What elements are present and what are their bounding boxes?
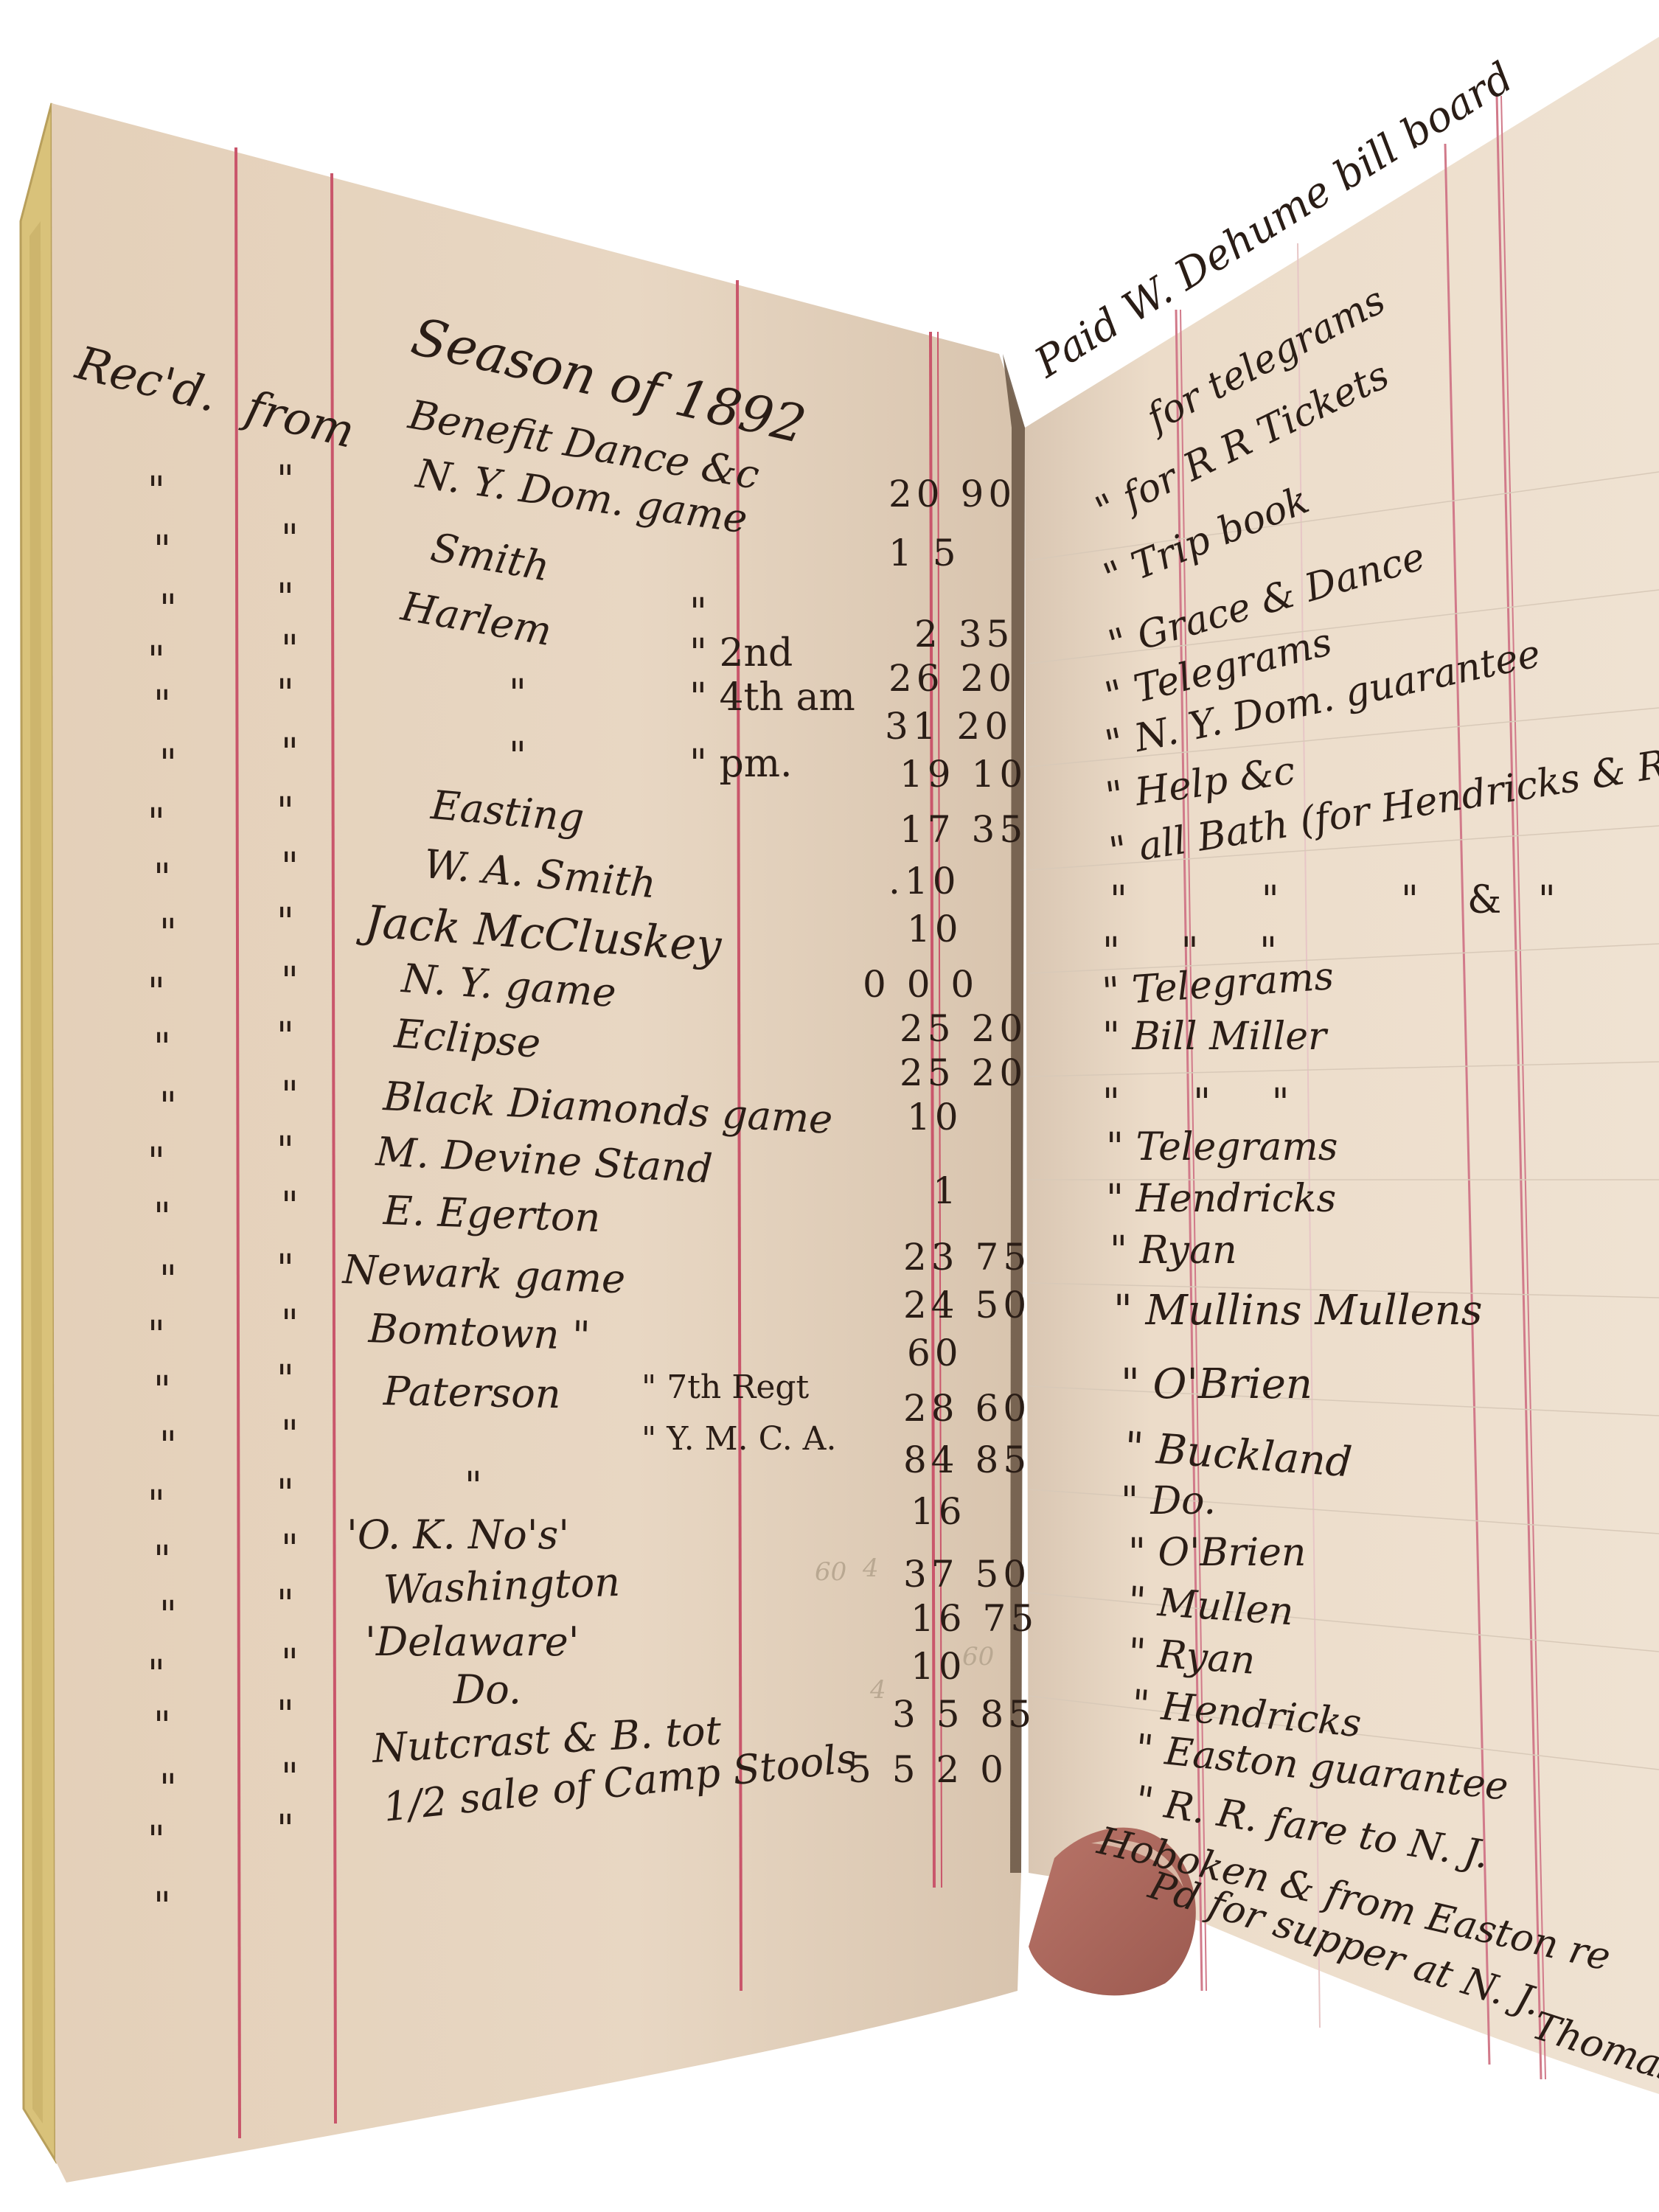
entry-note: " 4th am bbox=[689, 678, 855, 717]
ditto-mark: " bbox=[281, 1644, 299, 1683]
entry-note: " pm. bbox=[689, 745, 793, 783]
ditto-mark: " bbox=[153, 1371, 171, 1410]
entry-description: 'Delaware' bbox=[365, 1622, 580, 1662]
entry-amount: 28 60 bbox=[903, 1390, 1031, 1427]
entry-note: " Y. M. C. A. bbox=[641, 1423, 836, 1455]
entry-description: E. Egerton bbox=[383, 1191, 601, 1238]
right-entry: " Telegrams bbox=[1106, 1128, 1338, 1166]
entry-amount: 2 35 bbox=[914, 616, 1014, 653]
ditto-mark: " bbox=[159, 1596, 177, 1635]
entry-note: " 2nd bbox=[689, 634, 793, 672]
entry-description: " bbox=[465, 1467, 482, 1506]
entry-amount: 1 5 bbox=[888, 535, 961, 571]
ditto-mark: " bbox=[147, 973, 165, 1012]
entry-description: Newark game bbox=[342, 1250, 626, 1299]
ditto-mark: " bbox=[281, 734, 299, 772]
right-entry: " Ryan bbox=[1110, 1231, 1237, 1270]
ledger-photo: Season of 1892 Rec'd. from Benefit Dance… bbox=[0, 0, 1659, 2212]
entry-amount: 10 bbox=[907, 1099, 963, 1135]
entry-amount: 37 50 bbox=[903, 1556, 1031, 1593]
entry-amount: 24 50 bbox=[903, 1287, 1031, 1324]
ditto-mark: " bbox=[159, 1770, 177, 1808]
entry-description: Bomtown " bbox=[368, 1309, 591, 1356]
entry-description: 'O. K. No's' bbox=[347, 1515, 569, 1555]
entry-description: " bbox=[509, 675, 526, 713]
entry-amount: 19 10 bbox=[900, 756, 1027, 793]
ditto-mark: " bbox=[159, 1088, 177, 1126]
ditto-mark: " bbox=[281, 630, 299, 669]
ditto-mark: " bbox=[276, 461, 294, 499]
entry-amount: 20 90 bbox=[888, 476, 1016, 512]
ditto-mark: " bbox=[281, 848, 299, 886]
ditto-mark: " bbox=[153, 686, 171, 724]
ditto-mark: " bbox=[153, 1888, 171, 1926]
ditto-mark: " bbox=[281, 1077, 299, 1115]
entry-amount: 23 75 bbox=[903, 1239, 1031, 1276]
ditto-mark: " bbox=[276, 1475, 294, 1513]
ditto-mark: " bbox=[276, 1132, 294, 1170]
ditto-mark: " bbox=[147, 1143, 165, 1181]
entry-amount: 3 5 85 bbox=[892, 1696, 1036, 1733]
right-entry: " " " bbox=[1102, 1084, 1290, 1122]
ditto-mark: " bbox=[276, 1810, 294, 1848]
entry-amount: 25 20 bbox=[900, 1010, 1027, 1047]
ditto-mark: " bbox=[281, 962, 299, 1001]
right-entry: " O'Brien bbox=[1128, 1534, 1306, 1572]
entry-note: " bbox=[689, 594, 707, 632]
ditto-mark: " bbox=[159, 745, 177, 783]
ditto-mark: " bbox=[281, 1305, 299, 1343]
ditto-mark: " bbox=[153, 531, 171, 569]
ditto-mark: " bbox=[147, 1821, 165, 1860]
pencil-mark: 60 bbox=[962, 1644, 994, 1669]
ditto-mark: " bbox=[276, 903, 294, 942]
entry-description: Paterson bbox=[383, 1371, 561, 1414]
right-entry: " Ryan bbox=[1127, 1633, 1256, 1680]
right-entry: " " " & " bbox=[1110, 881, 1556, 919]
entry-amount: 16 bbox=[911, 1493, 967, 1530]
entry-amount: 60 bbox=[907, 1335, 963, 1371]
entry-amount: 5 5 2 0 bbox=[848, 1751, 1008, 1788]
entry-amount: 26 20 bbox=[888, 660, 1016, 697]
ditto-mark: " bbox=[153, 1198, 171, 1237]
right-entry: " Hendricks bbox=[1106, 1180, 1336, 1218]
ditto-mark: " bbox=[281, 1530, 299, 1568]
entry-amount: 31 20 bbox=[885, 708, 1012, 745]
ditto-mark: " bbox=[159, 914, 177, 953]
ditto-mark: " bbox=[276, 1585, 294, 1624]
ditto-mark: " bbox=[153, 859, 171, 897]
entry-amount: 16 75 bbox=[911, 1600, 1038, 1637]
ditto-mark: " bbox=[281, 1416, 299, 1454]
entry-amount: 10 bbox=[911, 1648, 967, 1685]
entry-amount: 0 0 0 bbox=[863, 966, 978, 1003]
ditto-mark: " bbox=[276, 1250, 294, 1288]
ditto-mark: " bbox=[153, 1541, 171, 1579]
entry-description: Do. bbox=[453, 1670, 521, 1710]
ditto-mark: " bbox=[147, 804, 165, 842]
entry-note: " 7th Regt bbox=[641, 1371, 809, 1404]
right-entry: " O'Brien bbox=[1121, 1364, 1312, 1405]
entry-description: Washington bbox=[383, 1562, 621, 1610]
ditto-mark: " bbox=[147, 1655, 165, 1694]
entry-amount: 1 bbox=[933, 1172, 961, 1209]
ditto-mark: " bbox=[147, 1316, 165, 1354]
ditto-mark: " bbox=[147, 472, 165, 510]
ditto-mark: " bbox=[276, 675, 294, 713]
entry-description: Eclipse bbox=[393, 1014, 542, 1064]
right-entry: " Do. bbox=[1121, 1482, 1216, 1520]
right-entry: " Mullen bbox=[1127, 1582, 1295, 1632]
ditto-mark: " bbox=[281, 1759, 299, 1797]
entry-amount: .10 bbox=[888, 863, 961, 900]
ditto-mark: " bbox=[159, 1427, 177, 1465]
entry-amount: 17 35 bbox=[900, 811, 1027, 848]
ditto-mark: " bbox=[281, 520, 299, 558]
right-entry: " Bill Miller bbox=[1102, 1018, 1326, 1056]
ditto-mark: " bbox=[276, 793, 294, 831]
ditto-mark: " bbox=[147, 1486, 165, 1524]
entry-amount: 10 bbox=[907, 911, 963, 947]
pencil-mark: 60 bbox=[815, 1559, 846, 1585]
ditto-mark: " bbox=[276, 1018, 294, 1056]
ditto-mark: " bbox=[276, 579, 294, 617]
pencil-mark: 4 bbox=[870, 1677, 886, 1703]
ditto-mark: " bbox=[153, 1029, 171, 1067]
ditto-mark: " bbox=[153, 1707, 171, 1745]
right-entry: " Mullins Mullens bbox=[1113, 1290, 1482, 1332]
ditto-mark: " bbox=[281, 1187, 299, 1225]
ditto-mark: " bbox=[159, 590, 177, 628]
ditto-mark: " bbox=[159, 1261, 177, 1299]
ditto-mark: " bbox=[276, 1696, 294, 1734]
entry-amount: 84 85 bbox=[903, 1441, 1031, 1478]
ditto-mark: " bbox=[147, 641, 165, 680]
ditto-mark: " bbox=[276, 1360, 294, 1399]
entry-amount: 25 20 bbox=[900, 1054, 1027, 1091]
pencil-mark: 4 bbox=[863, 1556, 879, 1581]
entry-description: " bbox=[509, 737, 526, 776]
